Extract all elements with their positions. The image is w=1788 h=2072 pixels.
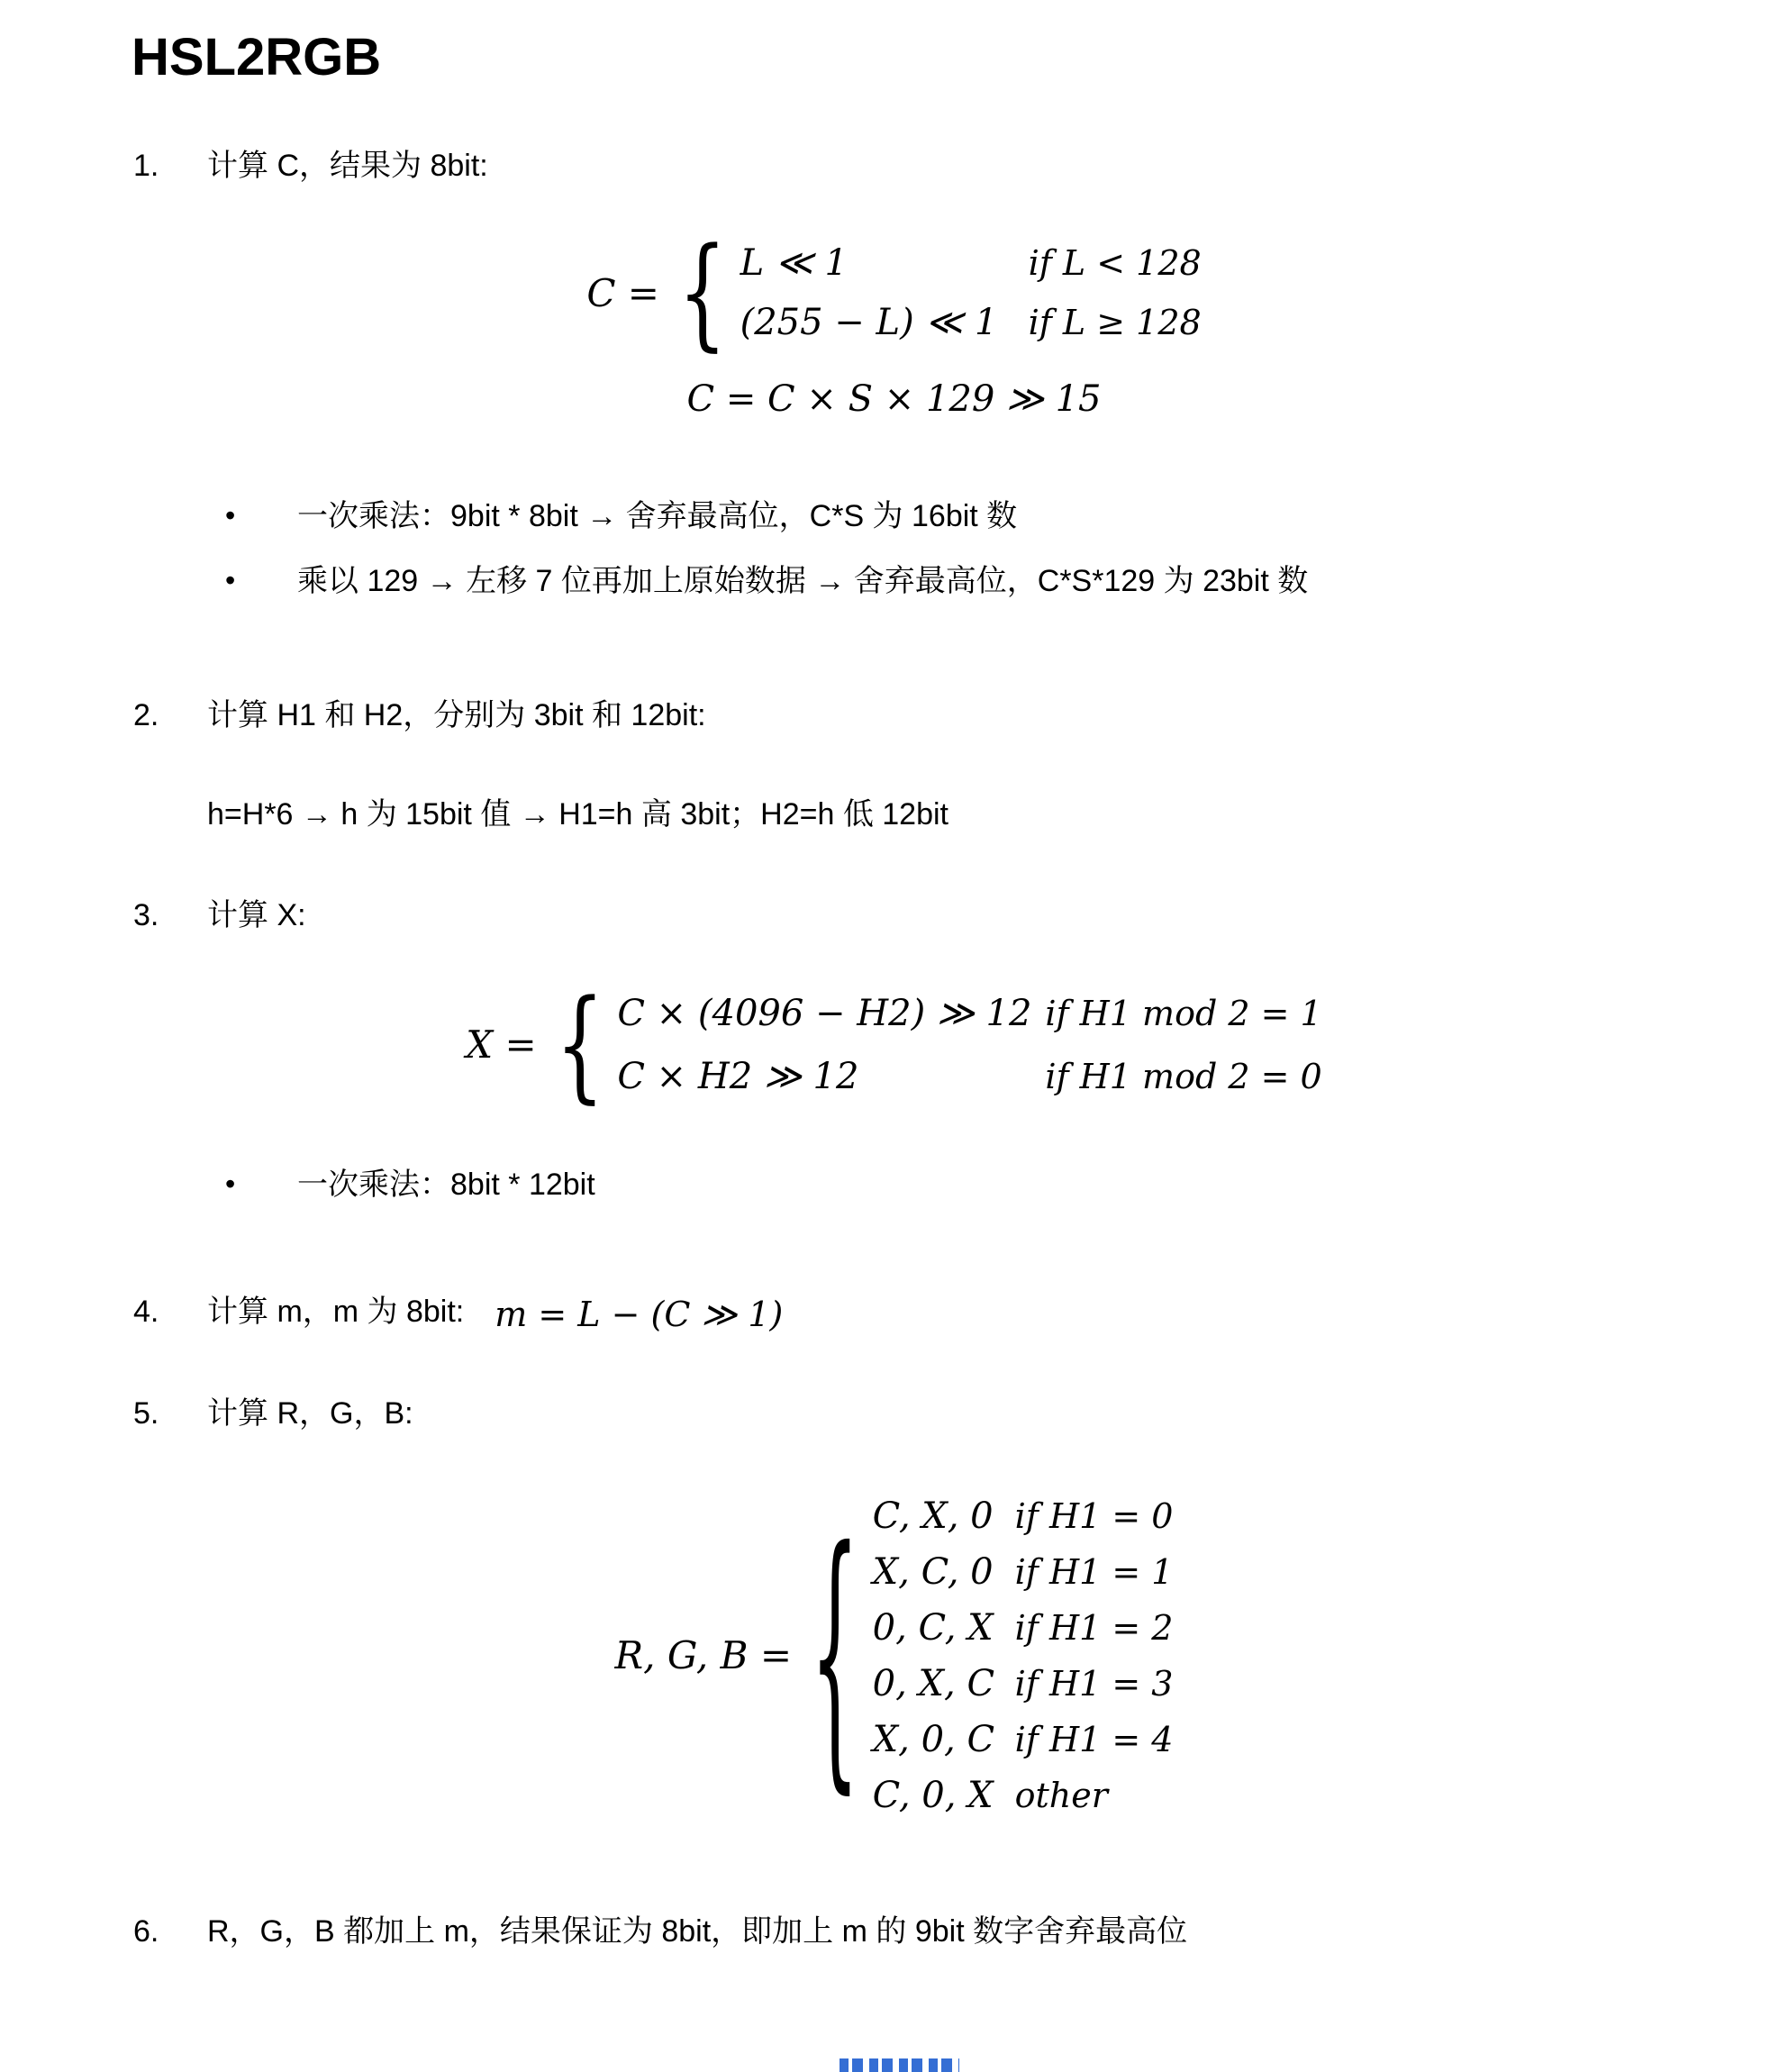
step-3-number: 3. <box>133 894 207 938</box>
step-3-bullet-1-text: 一次乘法：8bit * 12bit <box>297 1164 595 1207</box>
formula-x-rows: C × (4096 − H2) ≫ 12 if H1 mod 2 = 1 C ×… <box>617 982 1321 1108</box>
formula-rgb-row-4: 0, X, C if H1 = 3 <box>873 1656 1174 1712</box>
step-1-number: 1. <box>133 144 207 188</box>
formula-rgb-lhs: R, G, B = <box>615 1633 793 1677</box>
formula-rgb-row-3: 0, C, X if H1 = 2 <box>873 1600 1174 1656</box>
formula-rgb-row-6-expr: C, 0, X <box>873 1768 1015 1823</box>
formula-rgb-row-1: C, X, 0 if H1 = 0 <box>873 1488 1174 1544</box>
formula-c-scale: C = C × S × 129 ≫ 15 <box>687 378 1102 420</box>
formula-x-row-2-cond: if H1 mod 2 = 0 <box>1045 1045 1321 1108</box>
step-3-bullet-1: • 一次乘法：8bit * 12bit <box>225 1164 595 1207</box>
curly-brace: { <box>556 984 604 1105</box>
formula-x-row-1: C × (4096 − H2) ≫ 12 if H1 mod 2 = 1 <box>617 982 1321 1045</box>
step-1-bullet-1: • 一次乘法：9bit * 8bit → 舍弃最高位，C*S 为 16bit 数 <box>225 495 1017 539</box>
step-2-heading: 计算 H1 和 H2，分别为 3bit 和 12bit: <box>207 694 706 738</box>
step-4: 4. 计算 m，m 为 8bit: m = L − (C ≫ 1) <box>133 1290 783 1340</box>
curly-brace: { <box>811 1516 859 1795</box>
bullet-icon: • <box>225 560 297 604</box>
step-1-bullet-1-text: 一次乘法：9bit * 8bit → 舍弃最高位，C*S 为 16bit 数 <box>297 495 1017 539</box>
step-2: 2. 计算 H1 和 H2，分别为 3bit 和 12bit: <box>133 694 706 738</box>
step-5-number: 5. <box>133 1392 207 1436</box>
formula-rgb-row-5-cond: if H1 = 4 <box>1015 1712 1174 1768</box>
formula-c-scale-line: C = C × S × 129 ≫ 15 <box>0 378 1788 420</box>
formula-x-row-1-cond: if H1 mod 2 = 1 <box>1045 982 1321 1045</box>
formula-rgb-row-3-cond: if H1 = 2 <box>1015 1600 1174 1656</box>
step-4-formula: m = L − (C ≫ 1) <box>495 1290 783 1340</box>
step-1-bullet-2: • 乘以 129 → 左移 7 位再加上原始数据 → 舍弃最高位，C*S*129… <box>225 560 1308 604</box>
formula-rgb-row-5: X, 0, C if H1 = 4 <box>873 1712 1174 1768</box>
formula-rgb-row-6-cond: other <box>1015 1768 1108 1823</box>
formula-rgb-row-2-expr: X, C, 0 <box>873 1544 1015 1600</box>
formula-x-lhs: X = <box>466 1022 536 1067</box>
step-6-heading: R，G，B 都加上 m，结果保证为 8bit，即加上 m 的 9bit 数字舍弃… <box>207 1910 1187 1954</box>
step-5-heading: 计算 R，G，B: <box>207 1392 413 1436</box>
formula-c-row-1: L ≪ 1 if L < 128 <box>740 233 1202 293</box>
bullet-icon: • <box>225 495 297 539</box>
step-5: 5. 计算 R，G，B: <box>133 1392 413 1436</box>
step-6: 6. R，G，B 都加上 m，结果保证为 8bit，即加上 m 的 9bit 数… <box>133 1910 1187 1954</box>
formula-x-row-1-expr: C × (4096 − H2) ≫ 12 <box>617 982 1045 1045</box>
clipped-blue-link[interactable] <box>840 2058 959 2072</box>
formula-rgb-row-4-cond: if H1 = 3 <box>1015 1656 1174 1712</box>
formula-c-row-2: (255 − L) ≪ 1 if L ≥ 128 <box>740 293 1202 352</box>
formula-rgb-row-1-expr: C, X, 0 <box>873 1488 1015 1544</box>
step-6-number: 6. <box>133 1910 207 1954</box>
formula-rgb-row-6: C, 0, X other <box>873 1768 1174 1823</box>
formula-c-row-2-expr: (255 − L) ≪ 1 <box>740 293 1029 352</box>
formula-x-cases: X = { C × (4096 − H2) ≫ 12 if H1 mod 2 =… <box>0 966 1788 1123</box>
formula-rgb-row-2: X, C, 0 if H1 = 1 <box>873 1544 1174 1600</box>
formula-c-rows: L ≪ 1 if L < 128 (255 − L) ≪ 1 if L ≥ 12… <box>740 233 1202 352</box>
bullet-icon: • <box>225 1164 297 1207</box>
formula-rgb-row-1-cond: if H1 = 0 <box>1015 1488 1174 1544</box>
formula-c-row-1-expr: L ≪ 1 <box>740 233 1029 293</box>
page-title: HSL2RGB <box>132 27 381 87</box>
formula-x-row-2-expr: C × H2 ≫ 12 <box>617 1045 1045 1108</box>
formula-rgb-cases: R, G, B = { C, X, 0 if H1 = 0 X, C, 0 if… <box>0 1477 1788 1833</box>
step-1-heading: 计算 C，结果为 8bit: <box>207 144 488 188</box>
formula-x-row-2: C × H2 ≫ 12 if H1 mod 2 = 0 <box>617 1045 1321 1108</box>
step-1: 1. 计算 C，结果为 8bit: <box>133 144 488 188</box>
formula-rgb-row-3-expr: 0, C, X <box>873 1600 1015 1656</box>
formula-rgb-row-2-cond: if H1 = 1 <box>1015 1544 1174 1600</box>
formula-rgb-row-5-expr: X, 0, C <box>873 1712 1015 1768</box>
step-2-subline: h=H*6 → h 为 15bit 值 → H1=h 高 3bit；H2=h 低… <box>207 793 948 837</box>
step-3-heading: 计算 X: <box>207 894 306 938</box>
formula-c-row-2-cond: if L ≥ 128 <box>1029 293 1202 352</box>
step-4-heading: 计算 m，m 为 8bit: <box>207 1290 464 1340</box>
formula-c-lhs: C = <box>586 271 659 315</box>
formula-rgb-rows: C, X, 0 if H1 = 0 X, C, 0 if H1 = 1 0, C… <box>873 1488 1174 1823</box>
step-4-number: 4. <box>133 1290 207 1340</box>
formula-c-cases: C = { L ≪ 1 if L < 128 (255 − L) ≪ 1 if … <box>0 216 1788 369</box>
step-3: 3. 计算 X: <box>133 894 306 938</box>
curly-brace: { <box>678 232 727 354</box>
document-page: HSL2RGB 1. 计算 C，结果为 8bit: C = { L ≪ 1 if… <box>0 0 1788 2072</box>
step-1-bullet-2-text: 乘以 129 → 左移 7 位再加上原始数据 → 舍弃最高位，C*S*129 为… <box>297 560 1308 604</box>
step-2-number: 2. <box>133 694 207 738</box>
formula-c-row-1-cond: if L < 128 <box>1029 233 1202 293</box>
formula-rgb-row-4-expr: 0, X, C <box>873 1656 1015 1712</box>
